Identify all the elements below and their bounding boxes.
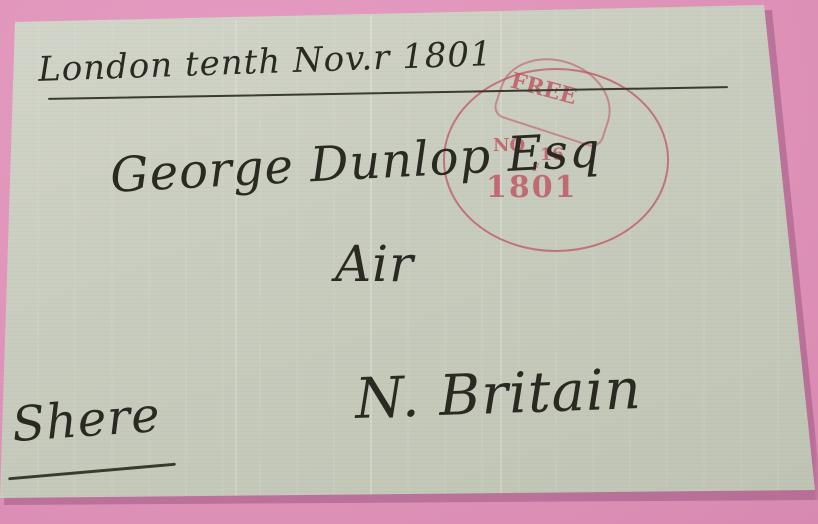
paper-fold-line [235,20,237,500]
address-country: N. Britain [354,357,643,432]
franking-signature: Shere [10,387,162,453]
address-town: Air [335,235,414,293]
